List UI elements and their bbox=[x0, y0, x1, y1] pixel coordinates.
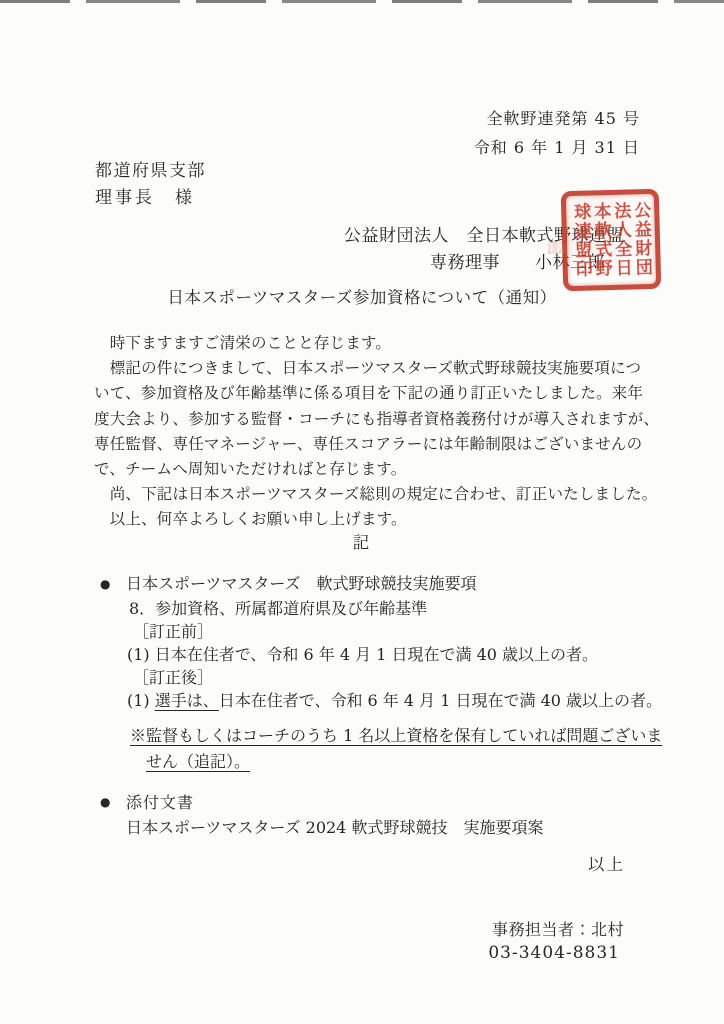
item1-subtitle: 8．参加資格、所属都道府県及び年齢基準 bbox=[129, 596, 427, 619]
seal-column-2: 法人全日 bbox=[610, 201, 632, 277]
letter-body: 時下ますますご清栄のことと存じます。 標記の件につきまして、日本スポーツマスター… bbox=[94, 331, 659, 533]
recipient-line-2: 理事長 様 bbox=[95, 183, 195, 208]
footer-contact-person: 事務担当者：北村 bbox=[492, 917, 624, 940]
document-date: 令和 6 年 1 月 31 日 bbox=[474, 135, 640, 158]
body-line: 尚、下記は日本スポーツマスターズ総則の規定に合わせ、訂正いたしました。 bbox=[94, 482, 659, 507]
body-line: 専任監督、専任マネージャー、専任スコアラーには年齢制限はございませんの bbox=[94, 432, 659, 457]
bullet-icon: ● bbox=[100, 577, 110, 591]
body-line: 標記の件につきまして、日本スポーツマスターズ軟式野球競技実施要項につ bbox=[94, 356, 659, 381]
document-ref-number: 全軟野連発第 45 号 bbox=[486, 106, 640, 129]
item1-after-prefix: (1) bbox=[127, 691, 155, 710]
item2-attachment-name: 日本スポーツマスターズ 2024 軟式野球競技 実施要項案 bbox=[126, 815, 543, 838]
item2-title: 添付文書 bbox=[126, 790, 194, 813]
seal-column-3: 本軟式野 bbox=[590, 202, 612, 278]
item1-after-underlined: 選手は、 bbox=[155, 691, 219, 710]
item1-title: 日本スポーツマスターズ 軟式野球競技実施要項 bbox=[126, 571, 477, 594]
subject-line: 日本スポーツマスターズ参加資格について（通知） bbox=[0, 284, 724, 308]
record-marker: 記 bbox=[0, 529, 724, 553]
item1-after-label: ［訂正後］ bbox=[133, 665, 213, 688]
seal-column-1: 公益財団 bbox=[630, 201, 652, 277]
item1-note-line-2: せん（追記）。 bbox=[146, 749, 250, 772]
item1-note-line-1: ※監督もしくはコーチのうち 1 名以上資格を保有していれば問題ございま bbox=[130, 723, 662, 746]
item1-before-label: ［訂正前］ bbox=[133, 619, 213, 642]
scan-edge-artifact bbox=[0, 0, 724, 3]
closing-marker: 以上 bbox=[588, 851, 625, 875]
item1-after-text: (1) 選手は、日本在住者で、令和 6 年 4 月 1 日現在で満 40 歳以上… bbox=[127, 688, 662, 711]
recipient-line-1: 都道府県支部 bbox=[95, 156, 206, 181]
footer-phone-number: 03-3404-8831 bbox=[488, 943, 620, 963]
body-line: 時下ますますご清栄のことと存じます。 bbox=[94, 331, 659, 356]
corporate-seal-stamp: 公益財団 法人全日 本軟式野 球連盟印 bbox=[561, 189, 662, 292]
seal-column-4: 球連盟印 bbox=[570, 203, 592, 279]
item1-before-text: (1) 日本在住者で、令和 6 年 4 月 1 日現在で満 40 歳以上の者。 bbox=[127, 642, 598, 665]
item1-after-rest: 日本在住者で、令和 6 年 4 月 1 日現在で満 40 歳以上の者。 bbox=[219, 691, 662, 710]
body-line: いて、参加資格及び年齢基準に係る項目を下記の通り訂正いたしました。来年 bbox=[94, 381, 659, 406]
body-line: で、チームへ周知いただければと存じます。 bbox=[94, 457, 659, 482]
body-line: 度大会より、参加する監督・コーチにも指導者資格義務付けが導入されますが、 bbox=[94, 407, 659, 432]
bullet-icon: ● bbox=[100, 795, 110, 809]
scanned-letter-page: 全軟野連発第 45 号 令和 6 年 1 月 31 日 都道府県支部 理事長 様… bbox=[0, 0, 724, 1024]
